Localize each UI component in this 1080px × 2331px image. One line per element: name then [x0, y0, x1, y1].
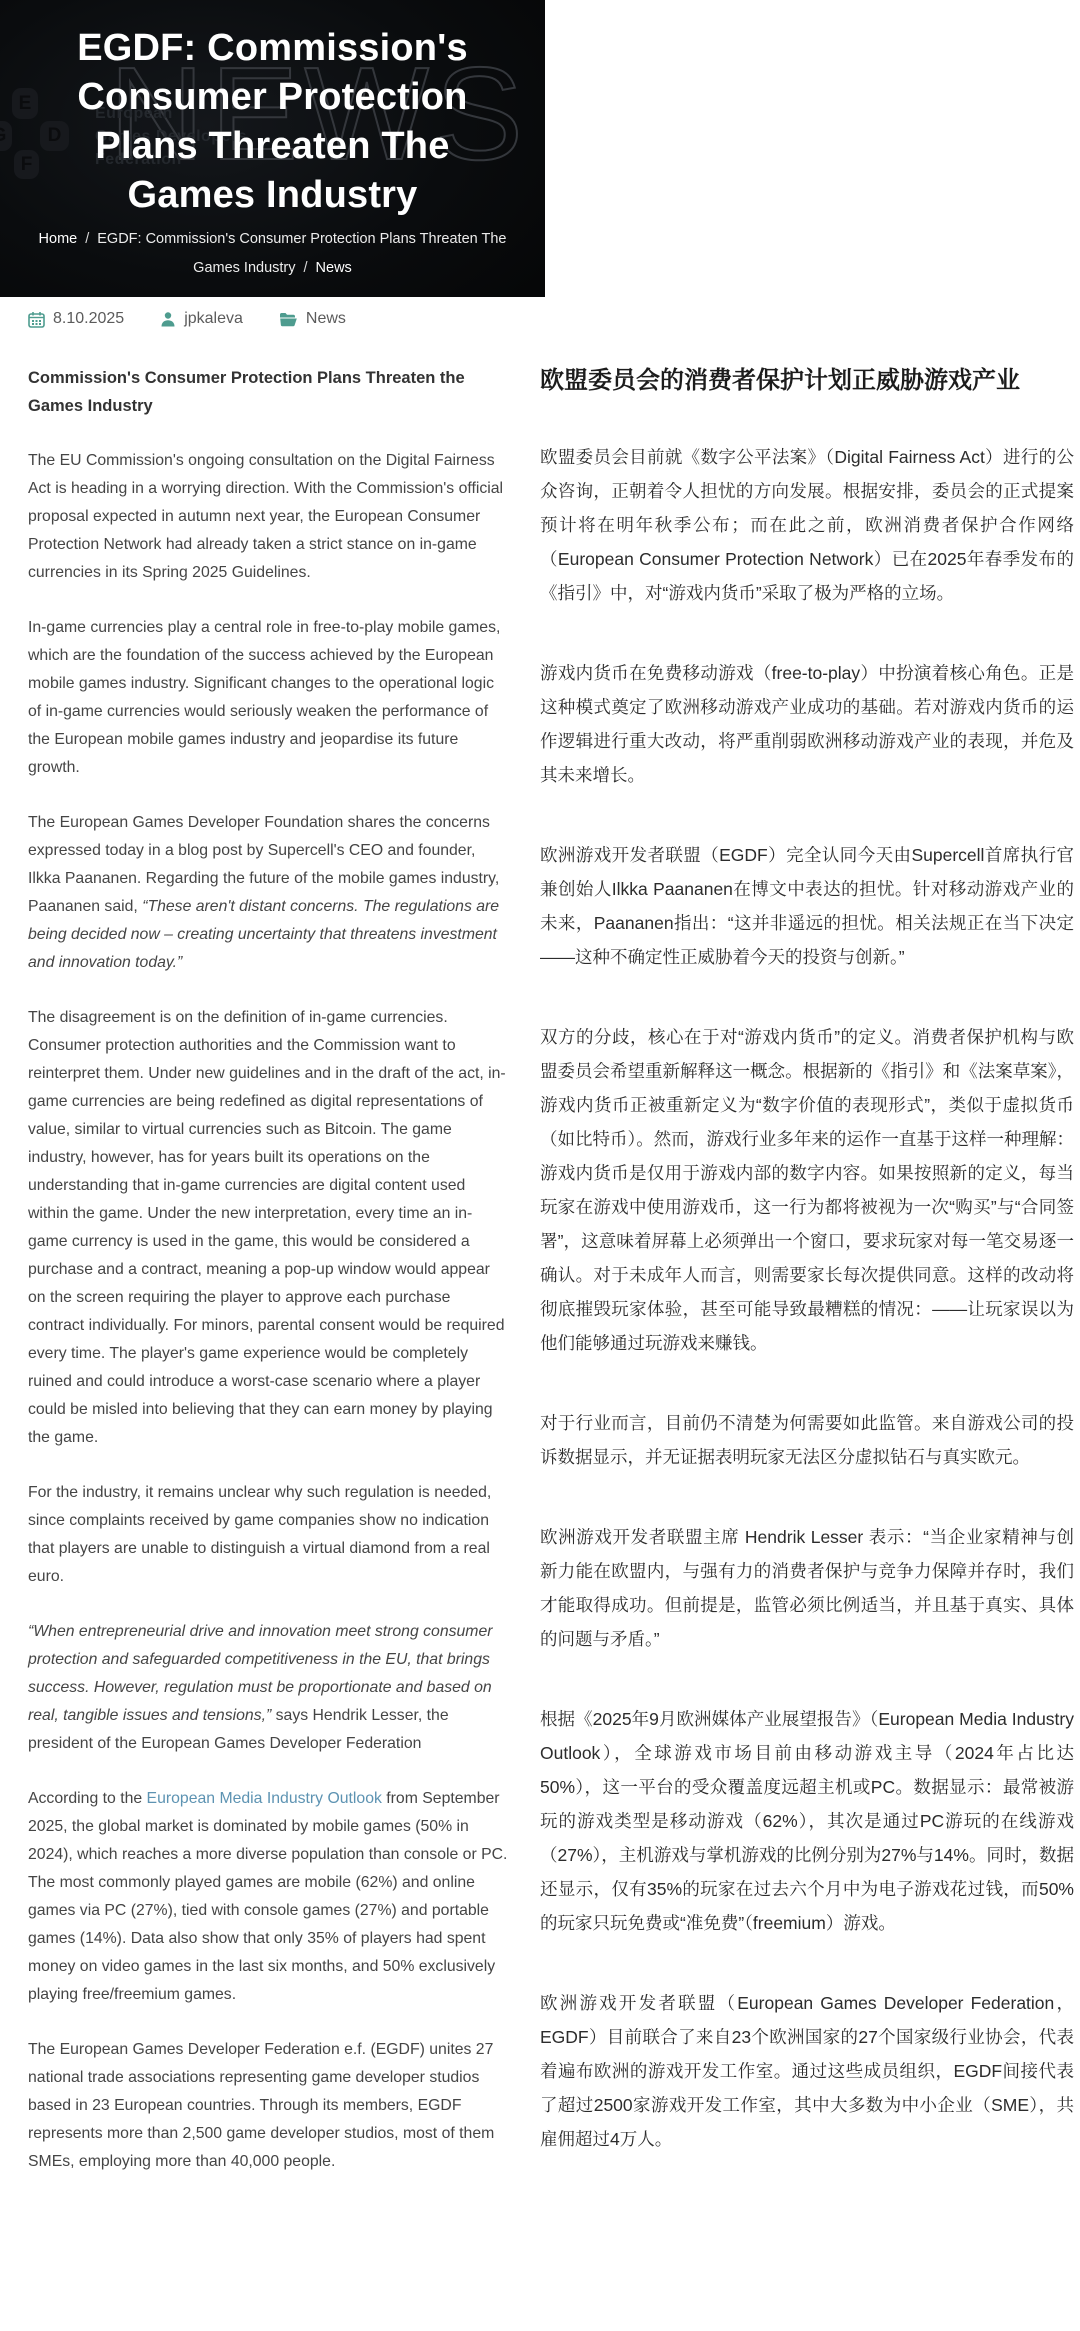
post-date: 8.10.2025: [28, 310, 124, 328]
article-body-zh: 欧盟委员会目前就《数字公平法案》（Digital Fairness Act）进行…: [540, 440, 1074, 2156]
paragraph-en: “When entrepreneurial drive and innovati…: [28, 1618, 510, 1758]
post-category-link[interactable]: News: [306, 310, 346, 328]
text-segment: For the industry, it remains unclear why…: [28, 1484, 491, 1585]
text-segment: 欧洲游戏开发者联盟主席 Hendrik Lesser 表示：“当企业家精神与创新…: [540, 1527, 1074, 1649]
text-segment: 对于行业而言，目前仍不清楚为何需要如此监管。来自游戏公司的投诉数据显示，并无证据…: [540, 1413, 1074, 1467]
article-body-en: The EU Commission's ongoing consultation…: [28, 447, 510, 2176]
paragraph-zh: 欧盟委员会目前就《数字公平法案》（Digital Fairness Act）进行…: [540, 440, 1074, 610]
breadcrumb-home-link[interactable]: Home: [39, 231, 78, 247]
paragraph-zh: 欧洲游戏开发者联盟（European Games Developer Feder…: [540, 1986, 1074, 2156]
text-segment: In-game currencies play a central role i…: [28, 619, 500, 776]
breadcrumb-news-link[interactable]: News: [316, 260, 352, 276]
inline-link[interactable]: European Media Industry Outlook: [147, 1790, 382, 1807]
article-content: Commission's Consumer Protection Plans T…: [0, 364, 1080, 2203]
paragraph-zh: 欧洲游戏开发者联盟（EGDF）完全认同今天由Supercell首席执行官兼创始人…: [540, 838, 1074, 974]
paragraph-en: According to the European Media Industry…: [28, 1785, 510, 2009]
post-date-label: 8.10.2025: [53, 310, 124, 328]
text-segment: According to the: [28, 1790, 147, 1807]
post-author: jpkaleva: [160, 310, 243, 328]
text-segment: from September 2025, the global market i…: [28, 1790, 507, 2003]
text-segment: The European Games Developer Federation …: [28, 2041, 494, 2170]
paragraph-en: The European Games Developer Federation …: [28, 2036, 510, 2176]
text-segment: 根据《2025年9月欧洲媒体产业展望报告》（European Media Ind…: [540, 1709, 1074, 1933]
text-segment: 欧洲游戏开发者联盟（European Games Developer Feder…: [540, 1993, 1074, 2149]
paragraph-en: In-game currencies play a central role i…: [28, 614, 510, 782]
text-segment: 欧盟委员会目前就《数字公平法案》（Digital Fairness Act）进行…: [540, 447, 1074, 603]
text-segment: 游戏内货币在免费移动游戏（free-to-play）中扮演着核心角色。正是这种模…: [540, 663, 1074, 785]
text-segment: The EU Commission's ongoing consultation…: [28, 452, 503, 581]
article-page: NEWS E G D F European Games Developers F…: [0, 0, 1080, 2203]
paragraph-zh: 游戏内货币在免费移动游戏（free-to-play）中扮演着核心角色。正是这种模…: [540, 656, 1074, 792]
article-heading-zh: 欧盟委员会的消费者保护计划正威胁游戏产业: [540, 364, 1074, 398]
paragraph-zh: 欧洲游戏开发者联盟主席 Hendrik Lesser 表示：“当企业家精神与创新…: [540, 1520, 1074, 1656]
breadcrumb: Home/EGDF: Commission's Consumer Protect…: [0, 225, 545, 295]
paragraph-zh: 根据《2025年9月欧洲媒体产业展望报告》（European Media Ind…: [540, 1702, 1074, 1940]
page-title: EGDF: Commission's Consumer Protection P…: [0, 24, 545, 220]
breadcrumb-separator: /: [296, 260, 316, 276]
post-category: News: [279, 310, 346, 328]
calendar-icon: [28, 311, 45, 328]
user-icon: [160, 311, 176, 327]
paragraph-zh: 对于行业而言，目前仍不清楚为何需要如此监管。来自游戏公司的投诉数据显示，并无证据…: [540, 1406, 1074, 1474]
folder-icon: [279, 312, 298, 327]
breadcrumb-separator: /: [77, 231, 97, 247]
paragraph-en: The EU Commission's ongoing consultation…: [28, 447, 510, 587]
post-meta: 8.10.2025 jpkaleva News: [28, 310, 1080, 328]
paragraph-en: The disagreement is on the definition of…: [28, 1004, 510, 1452]
article-heading-en: Commission's Consumer Protection Plans T…: [28, 364, 510, 420]
paragraph-en: For the industry, it remains unclear why…: [28, 1479, 510, 1591]
text-segment: 欧洲游戏开发者联盟（EGDF）完全认同今天由Supercell首席执行官兼创始人…: [540, 845, 1074, 967]
article-chinese-column: 欧盟委员会的消费者保护计划正威胁游戏产业 欧盟委员会目前就《数字公平法案》（Di…: [540, 364, 1074, 2202]
text-segment: The disagreement is on the definition of…: [28, 1009, 506, 1446]
paragraph-en: The European Games Developer Foundation …: [28, 809, 510, 977]
post-author-link[interactable]: jpkaleva: [184, 310, 243, 328]
paragraph-zh: 双方的分歧，核心在于对“游戏内货币”的定义。消费者保护机构与欧盟委员会希望重新解…: [540, 1020, 1074, 1360]
text-segment: 双方的分歧，核心在于对“游戏内货币”的定义。消费者保护机构与欧盟委员会希望重新解…: [540, 1027, 1074, 1353]
article-english-column: Commission's Consumer Protection Plans T…: [28, 364, 510, 2203]
hero-banner: NEWS E G D F European Games Developers F…: [0, 0, 545, 297]
